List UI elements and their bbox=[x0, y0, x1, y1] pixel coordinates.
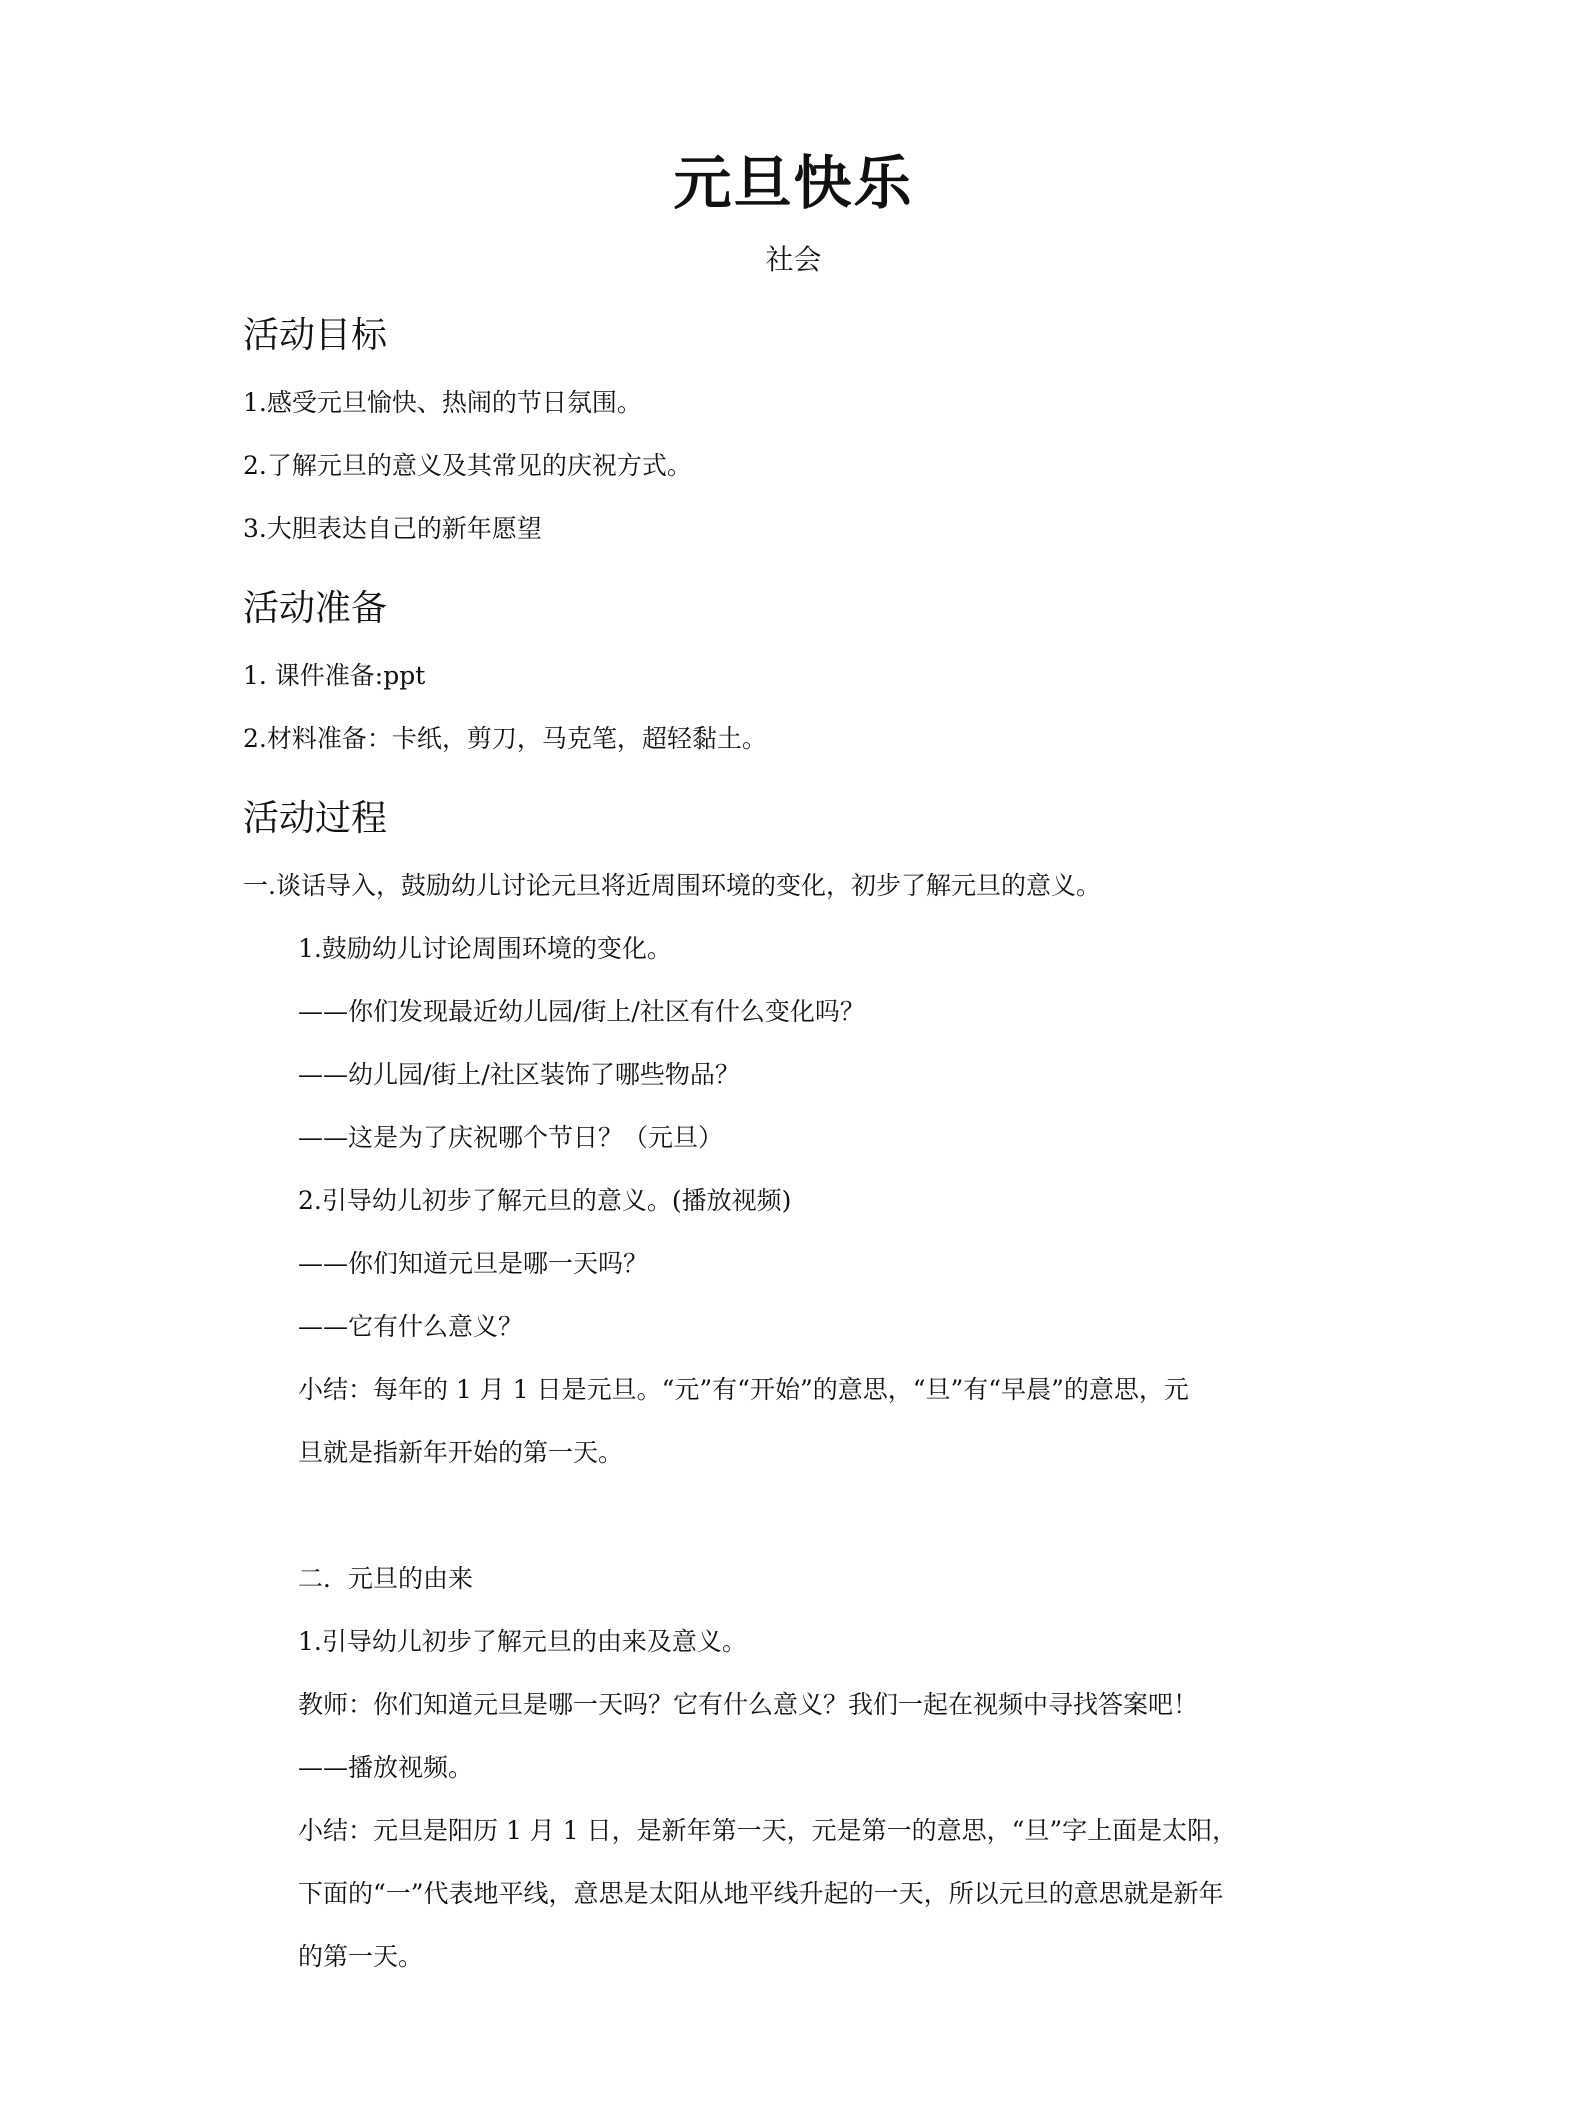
process-line: ——你们知道元旦是哪一天吗？ bbox=[298, 1246, 648, 1282]
preparation-item: 2.材料准备：卡纸，剪刀，马克笔，超轻黏土。 bbox=[243, 721, 767, 757]
summary-line: 下面的“一”代表地平线，意思是太阳从地平线升起的一天，所以元旦的意思就是新年 bbox=[298, 1876, 1224, 1912]
process-part1-title: 一.谈话导入，鼓励幼儿讨论元旦将近周围环境的变化，初步了解元旦的意义。 bbox=[243, 868, 1101, 904]
summary-line: 的第一天。 bbox=[298, 1939, 423, 1975]
heading-preparation: 活动准备 bbox=[243, 585, 387, 633]
document-title: 元旦快乐 bbox=[0, 148, 1587, 218]
process-line: 1.鼓励幼儿讨论周围环境的变化。 bbox=[298, 931, 672, 967]
process-part2-title: 二．元旦的由来 bbox=[298, 1561, 473, 1597]
process-line: ——你们发现最近幼儿园/街上/社区有什么变化吗？ bbox=[298, 994, 865, 1030]
process-line: ——它有什么意义？ bbox=[298, 1309, 523, 1345]
goal-item: 1.感受元旦愉快、热闹的节日氛围。 bbox=[243, 385, 642, 421]
goal-item: 3.大胆表达自己的新年愿望 bbox=[243, 511, 542, 547]
process-line: ——这是为了庆祝哪个节日？（元旦） bbox=[298, 1120, 723, 1156]
preparation-item: 1. 课件准备:ppt bbox=[243, 658, 425, 694]
process-line: ——幼儿园/街上/社区装饰了哪些物品？ bbox=[298, 1057, 740, 1093]
summary-line: 旦就是指新年开始的第一天。 bbox=[298, 1435, 623, 1471]
process-line: 1.引导幼儿初步了解元旦的由来及意义。 bbox=[298, 1624, 747, 1660]
summary-line: 小结：元旦是阳历 1 月 1 日，是新年第一天，元是第一的意思，“旦”字上面是太… bbox=[298, 1813, 1237, 1849]
process-line: 2.引导幼儿初步了解元旦的意义。(播放视频) bbox=[298, 1183, 791, 1219]
heading-process: 活动过程 bbox=[243, 795, 387, 843]
document-subtitle: 社会 bbox=[0, 240, 1587, 280]
goal-item: 2.了解元旦的意义及其常见的庆祝方式。 bbox=[243, 448, 692, 484]
summary-line: 小结：每年的 1 月 1 日是元旦。“元”有“开始”的意思，“旦”有“早晨”的意… bbox=[298, 1372, 1189, 1408]
process-line: ——播放视频。 bbox=[298, 1750, 473, 1786]
process-line: 教师：你们知道元旦是哪一天吗？它有什么意义？我们一起在视频中寻找答案吧！ bbox=[298, 1687, 1198, 1723]
heading-goals: 活动目标 bbox=[243, 312, 387, 360]
document-page: 元旦快乐 社会 活动目标 1.感受元旦愉快、热闹的节日氛围。 2.了解元旦的意义… bbox=[0, 0, 1587, 2118]
